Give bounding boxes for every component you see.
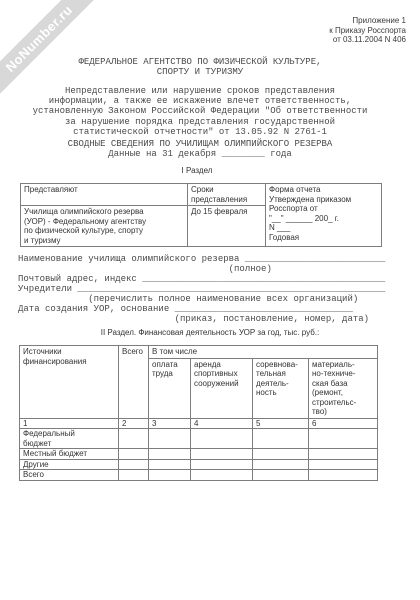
value-cell — [309, 449, 378, 460]
table-row: Другие — [20, 459, 378, 470]
legal-notice-line: установленную Законом Российской Федерац… — [0, 106, 400, 116]
submitters-header-cell: Представляют — [21, 184, 188, 206]
value-cell — [119, 459, 149, 470]
row-label-cell: Всего — [20, 470, 119, 481]
column-number-cell: 4 — [191, 418, 253, 429]
column-number-cell: 3 — [149, 418, 191, 429]
competition-activity-header-cell: соревнова- тельная деятель- ность — [253, 358, 309, 418]
school-name-hint: (полное) — [18, 264, 385, 274]
legal-notice-line: за нарушение порядка представления госуд… — [0, 117, 400, 127]
value-cell — [191, 459, 253, 470]
value-cell — [253, 470, 309, 481]
appendix-note: Приложение 1 к Приказу Росспорта от 03.1… — [329, 16, 406, 45]
value-cell — [253, 459, 309, 470]
legal-notice-line: информации, а также ее искажение влечет … — [0, 96, 400, 106]
facility-rent-header-cell: аренда спортивных сооружений — [191, 358, 253, 418]
table-row: Всего — [20, 470, 378, 481]
table-row: Местный бюджет — [20, 449, 378, 460]
report-form-cell: Форма отчета Утверждена приказом Росспор… — [266, 184, 382, 247]
value-cell — [119, 449, 149, 460]
founders-hint: (перечислить полное наименование всех ор… — [18, 294, 385, 304]
value-cell — [149, 459, 191, 470]
value-cell — [309, 429, 378, 449]
deadline-header-cell: Сроки представления — [188, 184, 266, 206]
column-number-cell: 1 — [20, 418, 119, 429]
school-name-field-line: Наименование училища олимпийского резерв… — [18, 254, 385, 264]
section2-heading: II Раздел. Финансовая деятельность УОР з… — [0, 328, 420, 337]
finance-table: Источники финансирования Всего В том чис… — [19, 345, 378, 481]
appendix-line: к Приказу Росспорта — [329, 26, 406, 36]
agency-title: ФЕДЕРАЛЬНОЕ АГЕНТСТВО ПО ФИЗИЧЕСКОЙ КУЛЬ… — [0, 57, 400, 77]
total-header-cell: Всего — [119, 346, 149, 419]
legal-notice-line: Непредставление или нарушение сроков пре… — [0, 86, 400, 96]
value-cell — [149, 449, 191, 460]
column-number-cell: 6 — [309, 418, 378, 429]
agency-title-line: ФЕДЕРАЛЬНОЕ АГЕНТСТВО ПО ФИЗИЧЕСКОЙ КУЛЬ… — [0, 57, 400, 67]
creation-date-hint: (приказ, постановление, номер, дата) — [18, 314, 385, 324]
report-title-line: СВОДНЫЕ СВЕДЕНИЯ ПО УЧИЛИЩАМ ОЛИМПИЙСКОГ… — [0, 139, 400, 149]
row-label-cell: Федеральный бюджет — [20, 429, 119, 449]
value-cell — [191, 470, 253, 481]
value-cell — [309, 459, 378, 470]
row-label-cell: Местный бюджет — [20, 449, 119, 460]
table-header-row: Источники финансирования Всего В том чис… — [20, 346, 378, 359]
postal-address-field-line: Почтовый адрес, индекс _________________… — [18, 274, 385, 284]
creation-date-field-line: Дата создания УОР, основание ___________… — [18, 304, 385, 314]
agency-title-line: СПОРТУ И ТУРИЗМУ — [0, 67, 400, 77]
material-base-header-cell: материаль- но-техниче- ская база (ремонт… — [309, 358, 378, 418]
table-row: Федеральный бюджет — [20, 429, 378, 449]
legal-notice-line: статистической отчетности" от 13.05.92 N… — [0, 127, 400, 137]
value-cell — [191, 449, 253, 460]
value-cell — [309, 470, 378, 481]
form-fields: Наименование училища олимпийского резерв… — [18, 254, 385, 324]
founders-field-line: Учредители _____________________________… — [18, 284, 385, 294]
submission-table: Представляют Сроки представления Форма о… — [20, 183, 382, 247]
row-label-cell: Другие — [20, 459, 119, 470]
labor-pay-header-cell: оплата труда — [149, 358, 191, 418]
column-number-cell: 2 — [119, 418, 149, 429]
including-header-cell: В том числе — [149, 346, 378, 359]
table-row: Представляют Сроки представления Форма о… — [21, 184, 382, 206]
section1-heading: I Раздел — [0, 166, 394, 175]
column-number-cell: 5 — [253, 418, 309, 429]
appendix-line: от 03.11.2004 N 406 — [329, 35, 406, 45]
report-title: СВОДНЫЕ СВЕДЕНИЯ ПО УЧИЛИЩАМ ОЛИМПИЙСКОГ… — [0, 139, 400, 159]
legal-notice: Непредставление или нарушение сроков пре… — [0, 86, 400, 137]
appendix-line: Приложение 1 — [329, 16, 406, 26]
value-cell — [149, 470, 191, 481]
deadline-value-cell: До 15 февраля — [188, 206, 266, 247]
document-page: NoNumber.ru Приложение 1 к Приказу Россп… — [0, 0, 420, 600]
submitters-value-cell: Училища олимпийского резерва (УОР) - Фед… — [21, 206, 188, 247]
value-cell — [253, 449, 309, 460]
watermark-ribbon: NoNumber.ru — [0, 0, 100, 100]
value-cell — [149, 429, 191, 449]
column-number-row: 1 2 3 4 5 6 — [20, 418, 378, 429]
value-cell — [191, 429, 253, 449]
value-cell — [253, 429, 309, 449]
report-date-line: Данные на 31 декабря ________ года — [0, 149, 400, 159]
value-cell — [119, 429, 149, 449]
funding-sources-header-cell: Источники финансирования — [20, 346, 119, 419]
value-cell — [119, 470, 149, 481]
